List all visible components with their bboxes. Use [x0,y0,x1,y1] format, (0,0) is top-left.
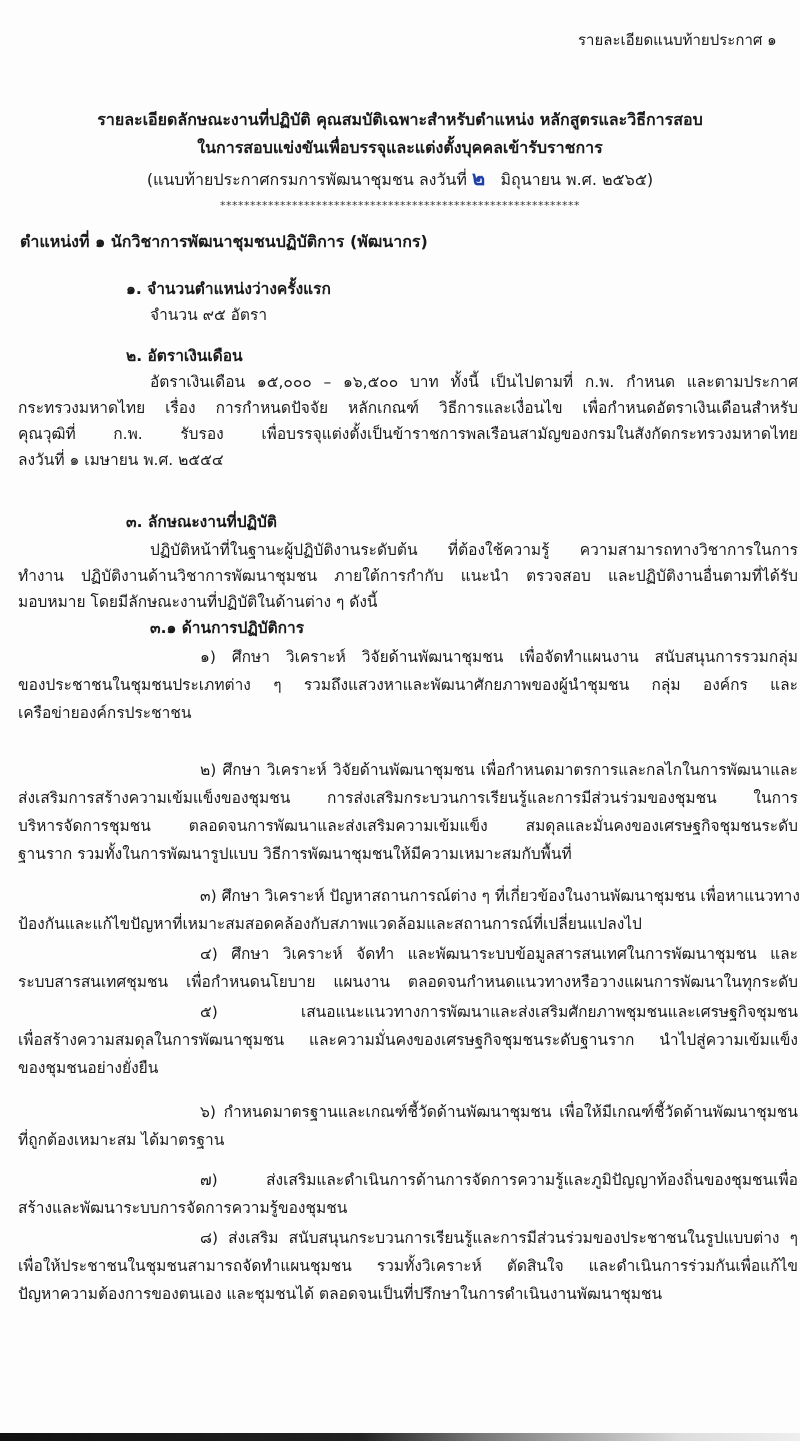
duty-item-6: ๖) กำหนดมาตรฐานและเกณฑ์ชี้วัดด้านพัฒนาชุ… [200,1100,798,1124]
document-page: รายละเอียดแนบท้ายประกาศ ๑ รายละเอียดลักษ… [0,0,800,1441]
section-3-line: มอบหมาย โดยมีลักษณะงานที่ปฏิบัติในด้านต่… [18,590,378,614]
duty-item-1-cont: ของประชาชนในชุมชนประเภทต่าง ๆ รวมถึงแสวง… [18,673,798,697]
duty-item-8: ๘) ส่งเสริม สนับสนุนกระบวนการเรียนรู้และ… [200,1226,798,1250]
announcement-month-year: มิถุนายน พ.ศ. ๒๕๖๕) [500,170,653,189]
section-3-line: ปฏิบัติหน้าที่ในฐานะผู้ปฏิบัติงานระดับต้… [150,538,798,562]
duty-item-8-cont: เพื่อให้ประชาชนในชุมชนสามารถจัดทำแผนชุมช… [18,1254,798,1278]
position-heading: ตำแหน่งที่ ๑ นักวิชาการพัฒนาชุมชนปฏิบัติ… [20,230,428,254]
duty-item-6-cont: ที่ถูกต้องเหมาะสม ได้มาตรฐาน [18,1128,224,1152]
section-2-line: คุณวุฒิที่ ก.พ. รับรอง เพื่อบรรจุแต่งตั้… [18,422,798,446]
duty-item-2: ๒) ศึกษา วิเคราะห์ วิจัยด้านพัฒนาชุมชน เ… [200,758,798,782]
duty-item-2-cont: บริหารจัดการชุมชน ตลอดจนการพัฒนาและส่งเส… [18,814,798,838]
section-1-body: จำนวน ๙๕ อัตรา [150,303,267,327]
section-1-heading: ๑. จำนวนตำแหน่งว่างครั้งแรก [126,277,331,301]
duty-item-2-cont: ฐานราก รวมทั้งในการพัฒนารูปแบบ วิธีการพั… [18,842,572,866]
duty-item-5-cont: เพื่อสร้างความสมดุลในการพัฒนาชุมชน และคว… [18,1028,798,1052]
section-2-line: ลงวันที่ ๑ เมษายน พ.ศ. ๒๕๕๔ [18,448,224,472]
duty-item-1: ๑) ศึกษา วิเคราะห์ วิจัยด้านพัฒนาชุมชน เ… [200,645,798,669]
document-title-line-2: ในการสอบแข่งขันเพื่อบรรจุและแต่งตั้งบุคค… [0,136,800,160]
duty-item-5: ๕) เสนอแนะแนวทางการพัฒนาและส่งเสริมศักยภ… [200,1000,798,1024]
handwritten-day: ๒ [472,166,485,190]
duty-item-1-cont: เครือข่ายองค์กรประชาชน [18,701,191,725]
duty-item-3: ๓) ศึกษา วิเคราะห์ ปัญหาสถานการณ์ต่าง ๆ … [200,884,798,908]
duty-item-3-cont: ป้องกันและแก้ไขปัญหาที่เหมาะสมสอดคล้องกั… [18,912,642,936]
section-2-heading: ๒. อัตราเงินเดือน [126,344,243,368]
attachment-corner-note: รายละเอียดแนบท้ายประกาศ ๑ [578,28,777,52]
duty-item-4: ๔) ศึกษา วิเคราะห์ จัดทำ และพัฒนาระบบข้อ… [200,942,798,966]
duty-item-8-cont: ปัญหาความต้องการของตนเอง และชุมชนได้ ตลอ… [18,1282,662,1306]
duty-item-7-cont: สร้างและพัฒนาระบบการจัดการความรู้ของชุมช… [18,1196,347,1220]
section-3-1-heading: ๓.๑ ด้านการปฏิบัติการ [150,616,304,640]
duty-item-2-cont: ส่งเสริมการสร้างความเข้มแข็งของชุมชน การ… [18,786,798,810]
document-title-line-3: (แนบท้ายประกาศกรมการพัฒนาชุมชน ลงวันที่ … [0,166,800,192]
separator-stars: ****************************************… [0,194,800,218]
announcement-ref: (แนบท้ายประกาศกรมการพัฒนาชุมชน ลงวันที่ [147,170,467,189]
section-3-heading: ๓. ลักษณะงานที่ปฏิบัติ [126,510,277,534]
section-3-line: ทำงาน ปฏิบัติงานด้านวิชาการพัฒนาชุมชน ภา… [18,564,798,588]
section-2-line: กระทรวงมหาดไทย เรื่อง การกำหนดปัจจัย หลั… [18,396,798,420]
document-title-line-1: รายละเอียดลักษณะงานที่ปฏิบัติ คุณสมบัติเ… [0,108,800,132]
duty-item-4-cont: ระบบสารสนเทศชุมชน เพื่อกำหนดนโยบาย แผนงา… [18,970,798,994]
duty-item-5-cont: ของชุมชนอย่างยั่งยืน [18,1056,158,1080]
section-2-line: อัตราเงินเดือน ๑๕,๐๐๐ – ๑๖,๕๐๐ บาท ทั้งน… [150,370,798,394]
duty-item-7: ๗) ส่งเสริมและดำเนินการด้านการจัดการความ… [200,1168,798,1192]
scan-edge-shadow [0,1433,800,1441]
